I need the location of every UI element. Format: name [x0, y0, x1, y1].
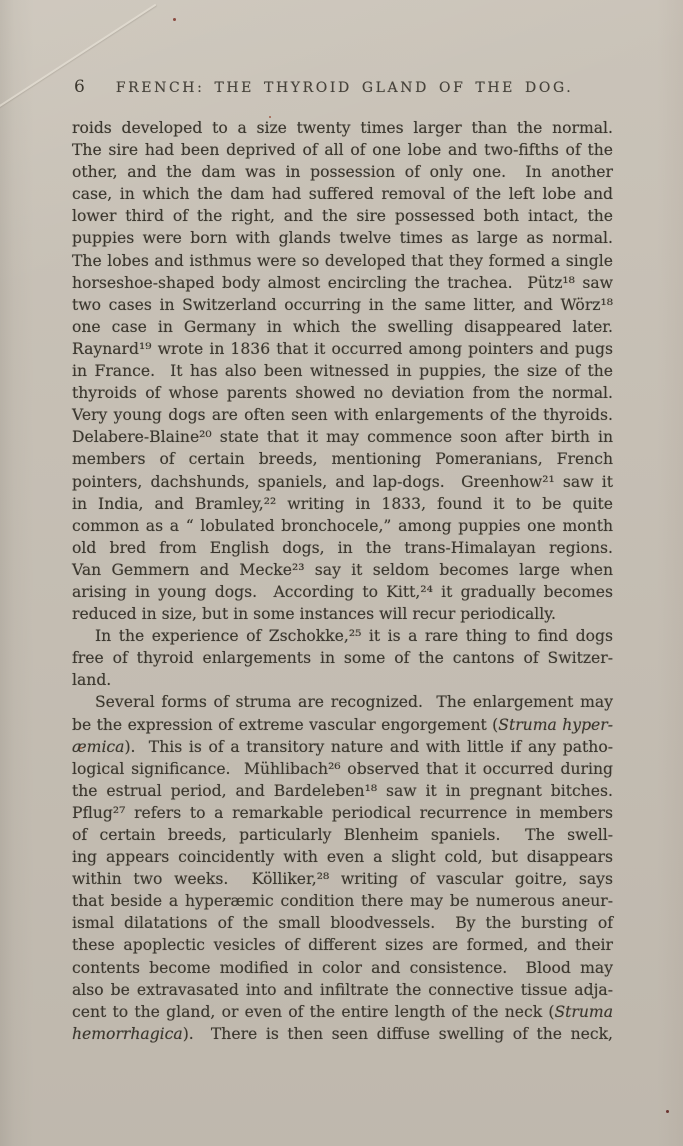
text-segment: ismal dilatations of the small bloodvess… [72, 914, 613, 932]
text-segment: of certain breeds, particularly Blenheim… [72, 826, 613, 844]
italic-text: hemorrhagica [72, 1025, 183, 1043]
text-segment: members of certain breeds, mentioning Po… [72, 450, 613, 468]
body-text: roids developed to a size twenty times l… [72, 117, 613, 1045]
text-line: horseshoe-shaped body almost encircling … [72, 272, 613, 294]
text-line: logical significance. Mühlibach²⁶ observ… [72, 758, 613, 780]
text-segment: land. [72, 671, 111, 689]
text-line: common as a “ lobulated bronchocele,” am… [72, 515, 613, 537]
text-segment: be the expression of extreme vascular en… [72, 716, 498, 734]
text-line: reduced in size, but in some instances w… [72, 603, 613, 625]
text-segment: The lobes and isthmus were so developed … [72, 252, 613, 270]
paper-speck [666, 1110, 669, 1113]
text-segment: other, and the dam was in possession of … [72, 163, 613, 181]
text-line: these apoplectic vesicles of different s… [72, 934, 613, 956]
paper-speck [80, 747, 82, 749]
text-segment: ). There is then seen diffuse swelling o… [183, 1025, 613, 1043]
text-line: thyroids of whose parents showed no devi… [72, 382, 613, 404]
text-segment: ing appears coincidently with even a sli… [72, 848, 613, 866]
text-segment: common as a “ lobulated bronchocele,” am… [72, 517, 613, 535]
text-line: Several forms of struma are recognized. … [72, 691, 613, 713]
text-segment: Several forms of struma are recognized. … [95, 693, 613, 711]
text-line: in India, and Bramley,²² writing in 1833… [72, 493, 613, 515]
text-segment: reduced in size, but in some instances w… [72, 605, 556, 623]
text-line: æmica). This is of a transitory nature a… [72, 736, 613, 758]
text-segment: pointers, dachshunds, spaniels, and lap-… [72, 473, 613, 491]
text-line: puppies were born with glands twelve tim… [72, 227, 613, 249]
text-segment: ). This is of a transitory nature and wi… [124, 738, 613, 756]
text-line: case, in which the dam had suffered remo… [72, 183, 613, 205]
text-line: one case in Germany in which the swellin… [72, 316, 613, 338]
text-line: contents become modified in color and co… [72, 957, 613, 979]
running-head: 6 FRENCH: THE THYROID GLAND OF THE DOG. [74, 77, 573, 97]
text-segment: contents become modified in color and co… [72, 959, 613, 977]
text-line: arising in young dogs. According to Kitt… [72, 581, 613, 603]
text-segment: arising in young dogs. According to Kitt… [72, 583, 613, 601]
text-segment: case, in which the dam had suffered remo… [72, 185, 613, 203]
text-segment: the estrual period, and Bardeleben¹⁸ saw… [72, 782, 613, 800]
text-segment: Raynard¹⁹ wrote in 1836 that it occurred… [72, 340, 613, 358]
text-line: ing appears coincidently with even a sli… [72, 846, 613, 868]
text-segment: lower third of the right, and the sire p… [72, 207, 613, 225]
text-segment: one case in Germany in which the swellin… [72, 318, 613, 336]
text-segment: Pflug²⁷ refers to a remarkable periodica… [72, 804, 613, 822]
text-segment: in France. It has also been witnessed in… [72, 362, 613, 380]
text-line: Raynard¹⁹ wrote in 1836 that it occurred… [72, 338, 613, 360]
text-line: other, and the dam was in possession of … [72, 161, 613, 183]
text-segment: puppies were born with glands twelve tim… [72, 229, 613, 247]
text-segment: Delabere-Blaine²⁰ state that it may comm… [72, 428, 613, 446]
text-line: hemorrhagica). There is then seen diffus… [72, 1023, 613, 1045]
text-line: that beside a hyperæmic condition there … [72, 890, 613, 912]
text-line: ismal dilatations of the small bloodvess… [72, 912, 613, 934]
paper-crease [0, 4, 156, 115]
text-segment: horseshoe-shaped body almost encircling … [72, 274, 613, 292]
text-segment: within two weeks. Kölliker,²⁸ writing of… [72, 870, 613, 888]
text-segment: old bred from English dogs, in the trans… [72, 539, 613, 557]
text-line: roids developed to a size twenty times l… [72, 117, 613, 139]
text-line: Pflug²⁷ refers to a remarkable periodica… [72, 802, 613, 824]
book-page-scan: 6 FRENCH: THE THYROID GLAND OF THE DOG. … [0, 0, 683, 1146]
paper-speck [269, 116, 271, 118]
text-line: free of thyroid enlargements in some of … [72, 647, 613, 669]
text-segment: free of thyroid enlargements in some of … [72, 649, 613, 667]
text-segment: Very young dogs are often seen with enla… [72, 406, 613, 424]
paper-speck [173, 18, 176, 21]
text-line: two cases in Switzerland occurring in th… [72, 294, 613, 316]
text-line: in France. It has also been witnessed in… [72, 360, 613, 382]
running-head-title: FRENCH: THE THYROID GLAND OF THE DOG. [116, 80, 573, 96]
italic-text: Struma hyper- [498, 716, 613, 734]
text-segment: also be extravasated into and infiltrate… [72, 981, 613, 999]
text-line: old bred from English dogs, in the trans… [72, 537, 613, 559]
page-number: 6 [74, 77, 85, 97]
text-line: of certain breeds, particularly Blenheim… [72, 824, 613, 846]
italic-text: Struma [554, 1003, 613, 1021]
text-line: lower third of the right, and the sire p… [72, 205, 613, 227]
text-segment: Van Gemmern and Mecke²³ say it seldom be… [72, 561, 613, 579]
text-line: the estrual period, and Bardeleben¹⁸ saw… [72, 780, 613, 802]
text-line: within two weeks. Kölliker,²⁸ writing of… [72, 868, 613, 890]
text-segment: In the experience of Zschokke,²⁵ it is a… [95, 627, 613, 645]
text-segment: The sire had been deprived of all of one… [72, 141, 613, 159]
text-segment: that beside a hyperæmic condition there … [72, 892, 613, 910]
text-line: pointers, dachshunds, spaniels, and lap-… [72, 471, 613, 493]
text-line: In the experience of Zschokke,²⁵ it is a… [72, 625, 613, 647]
text-line: Van Gemmern and Mecke²³ say it seldom be… [72, 559, 613, 581]
text-line: cent to the gland, or even of the entire… [72, 1001, 613, 1023]
text-line: The lobes and isthmus were so developed … [72, 250, 613, 272]
text-line: be the expression of extreme vascular en… [72, 714, 613, 736]
text-line: also be extravasated into and infiltrate… [72, 979, 613, 1001]
text-segment: two cases in Switzerland occurring in th… [72, 296, 613, 314]
text-segment: thyroids of whose parents showed no devi… [72, 384, 613, 402]
text-segment: roids developed to a size twenty times l… [72, 119, 613, 137]
text-segment: in India, and Bramley,²² writing in 1833… [72, 495, 613, 513]
text-line: Very young dogs are often seen with enla… [72, 404, 613, 426]
text-line: Delabere-Blaine²⁰ state that it may comm… [72, 426, 613, 448]
text-segment: cent to the gland, or even of the entire… [72, 1003, 554, 1021]
text-line: members of certain breeds, mentioning Po… [72, 448, 613, 470]
text-line: The sire had been deprived of all of one… [72, 139, 613, 161]
text-segment: logical significance. Mühlibach²⁶ observ… [72, 760, 613, 778]
text-segment: these apoplectic vesicles of different s… [72, 936, 613, 954]
text-line: land. [72, 669, 613, 691]
